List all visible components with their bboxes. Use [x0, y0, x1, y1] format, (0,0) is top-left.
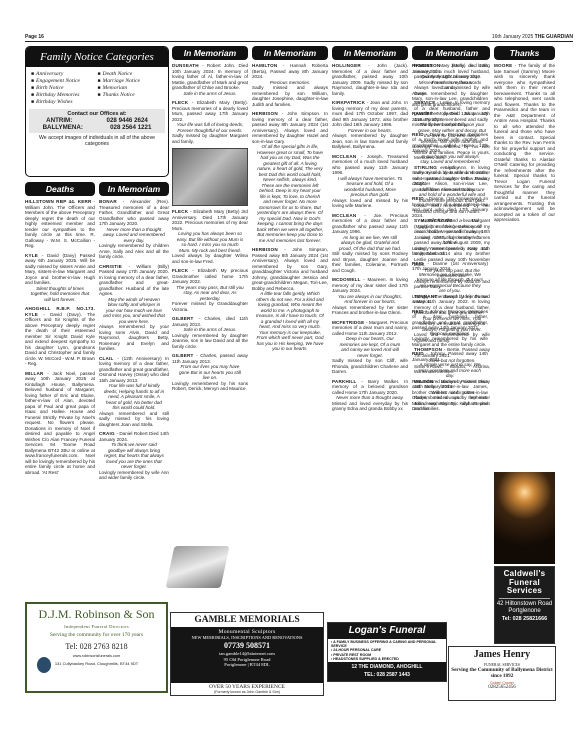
notice: SERVICE - Leslie. In loving memory of a …: [414, 100, 490, 161]
thanks-header: Thanks: [494, 46, 555, 60]
notice: CRAIG - Daniel Robert Died 14th January …: [99, 431, 169, 481]
notice: FLECK - Elizabeth Mary (Betty) 3rd Anniv…: [172, 209, 248, 264]
notice: HERBISON - John Simpson, Passed away 8th…: [252, 247, 328, 352]
notice: WILSON - Marlene. Passed away 18th Janua…: [414, 379, 490, 412]
notice: MCCLEAN - Joseph. Treasured memories of …: [332, 154, 408, 209]
memoriam-column-6: In Memoriam ROBINSON - Jimmy. In loving …: [414, 46, 490, 626]
contact-offices: Contact our Offices at: ANTRIM:028 9446 …: [29, 109, 165, 133]
notice: CHRISTIE - William (Billy) Passed away 1…: [99, 264, 169, 352]
category-item: Birth Notice: [31, 85, 98, 91]
notice: DUNSEATH - Robert John. Died 10th Januar…: [172, 63, 248, 96]
category-item: Birthday Memories: [31, 92, 98, 98]
category-list: AnniversaryDeath NoticeEngagement Notice…: [26, 67, 168, 105]
notice: KIRKPATRICK - Jean and John. In loving m…: [332, 100, 408, 150]
notice: GILBERT - Charles, passed away 11th Janu…: [172, 353, 248, 392]
category-item: Death Notice: [98, 71, 165, 77]
notice: KYLE - David (Davy) Passed away 6th Janu…: [25, 253, 95, 303]
memoriam-header: In Memoriam: [332, 46, 408, 60]
category-item: Engagement Notice: [31, 78, 98, 84]
memoriam-column-3: In Memoriam HAMILTON - Hannah Roberta (B…: [252, 46, 328, 601]
memoriam-column-1: In Memoriam BONAR - Alexander (Rex). Tre…: [99, 182, 169, 597]
memoriam-header: In Memoriam: [252, 46, 328, 60]
page-number: Page 16: [25, 34, 44, 40]
notice: ROBINSON - Jimmy. In loving memory of a …: [414, 63, 490, 96]
notice: MCFETRIDGE - Margaret. Precious memories…: [332, 320, 408, 375]
memoriam-header: In Memoriam: [172, 46, 248, 60]
masthead: Page 16 16th January 2025 THE GUARDIAN: [25, 32, 573, 42]
thanks-notice: MOORE - The family of the late Samuel (S…: [494, 63, 555, 223]
notice: MCCLEAN - Joe. Precious memories of a de…: [332, 213, 408, 274]
notice: HERBISON - John Simpson. In loving memor…: [252, 111, 328, 243]
category-item: Birthday Wishes: [31, 99, 98, 105]
categories-title: Family Notice Categories: [26, 47, 168, 67]
category-item: Anniversary: [31, 71, 98, 77]
notice: FLECK - Elizabeth Mary (Betty). Precious…: [172, 100, 248, 144]
notice: AHOGHILL R.B.P. NO.173. KYLE - David (Da…: [25, 306, 95, 367]
deaths-header: Deaths: [25, 182, 95, 196]
memorial-photo: [172, 148, 248, 206]
notice: SYMLIE/CROWE - Margaret (Maggie). In lov…: [414, 218, 490, 290]
memoriam-column-2: In Memoriam DUNSEATH - Robert John. Died…: [172, 46, 248, 541]
notice: HILLSTOWN RBP 44. KERR - William John. T…: [25, 199, 95, 249]
notice: TENNANT - Joseph (Joe). Passed away 11th…: [414, 294, 490, 344]
family-notice-categories: Family Notice Categories AnniversaryDeat…: [25, 46, 169, 177]
thanks-column: Thanks MOORE - The family of the late Sa…: [494, 46, 555, 236]
images-note: We accept images of individuals in all o…: [26, 133, 168, 149]
memoriam-header: In Memoriam: [414, 46, 490, 60]
notice: HOLLINGER - John (Jack). Memories of a d…: [332, 63, 408, 96]
newspaper-page: Page 16 16th January 2025 THE GUARDIAN F…: [25, 32, 573, 737]
notice: MILLAR - Jack Noel, passed away 10th Jan…: [25, 371, 95, 476]
notice: BONAR - Alexander (Rex). Treasured memor…: [99, 199, 169, 260]
deaths-column: Deaths HILLSTOWN RBP 44. KERR - William …: [25, 182, 95, 597]
notice: GILBERT - Charles, died 11th January 201…: [172, 316, 248, 349]
category-item: Thanks Notice: [98, 92, 165, 98]
notice: PARKHILL - Barry Walker. In memory of a …: [332, 379, 408, 412]
category-item: Marriage Notice: [98, 78, 165, 84]
notice: CLAIL - (12th Anniversary) In loving mem…: [99, 356, 169, 428]
notice: FLECK - Elizabeth My precious Grandmothe…: [172, 268, 248, 312]
notice: STIRLING - Linzi Ann. In loving memory o…: [414, 165, 490, 215]
notice: MCDOWELL - Maureen. In loving memory of …: [332, 277, 408, 316]
notice: THOMPSON - Bertie. Passed away 7th Janua…: [414, 347, 490, 375]
category-item: Memoriam: [98, 85, 165, 91]
issue-date: 16th January 2025 THE GUARDIAN: [492, 34, 573, 40]
memoriam-column-4: In Memoriam HOLLINGER - John (Jack). Mem…: [332, 46, 408, 611]
memoriam-header: In Memoriam: [99, 182, 169, 196]
notice: HAMILTON - Hannah Roberta (Berta), Passe…: [252, 63, 328, 107]
